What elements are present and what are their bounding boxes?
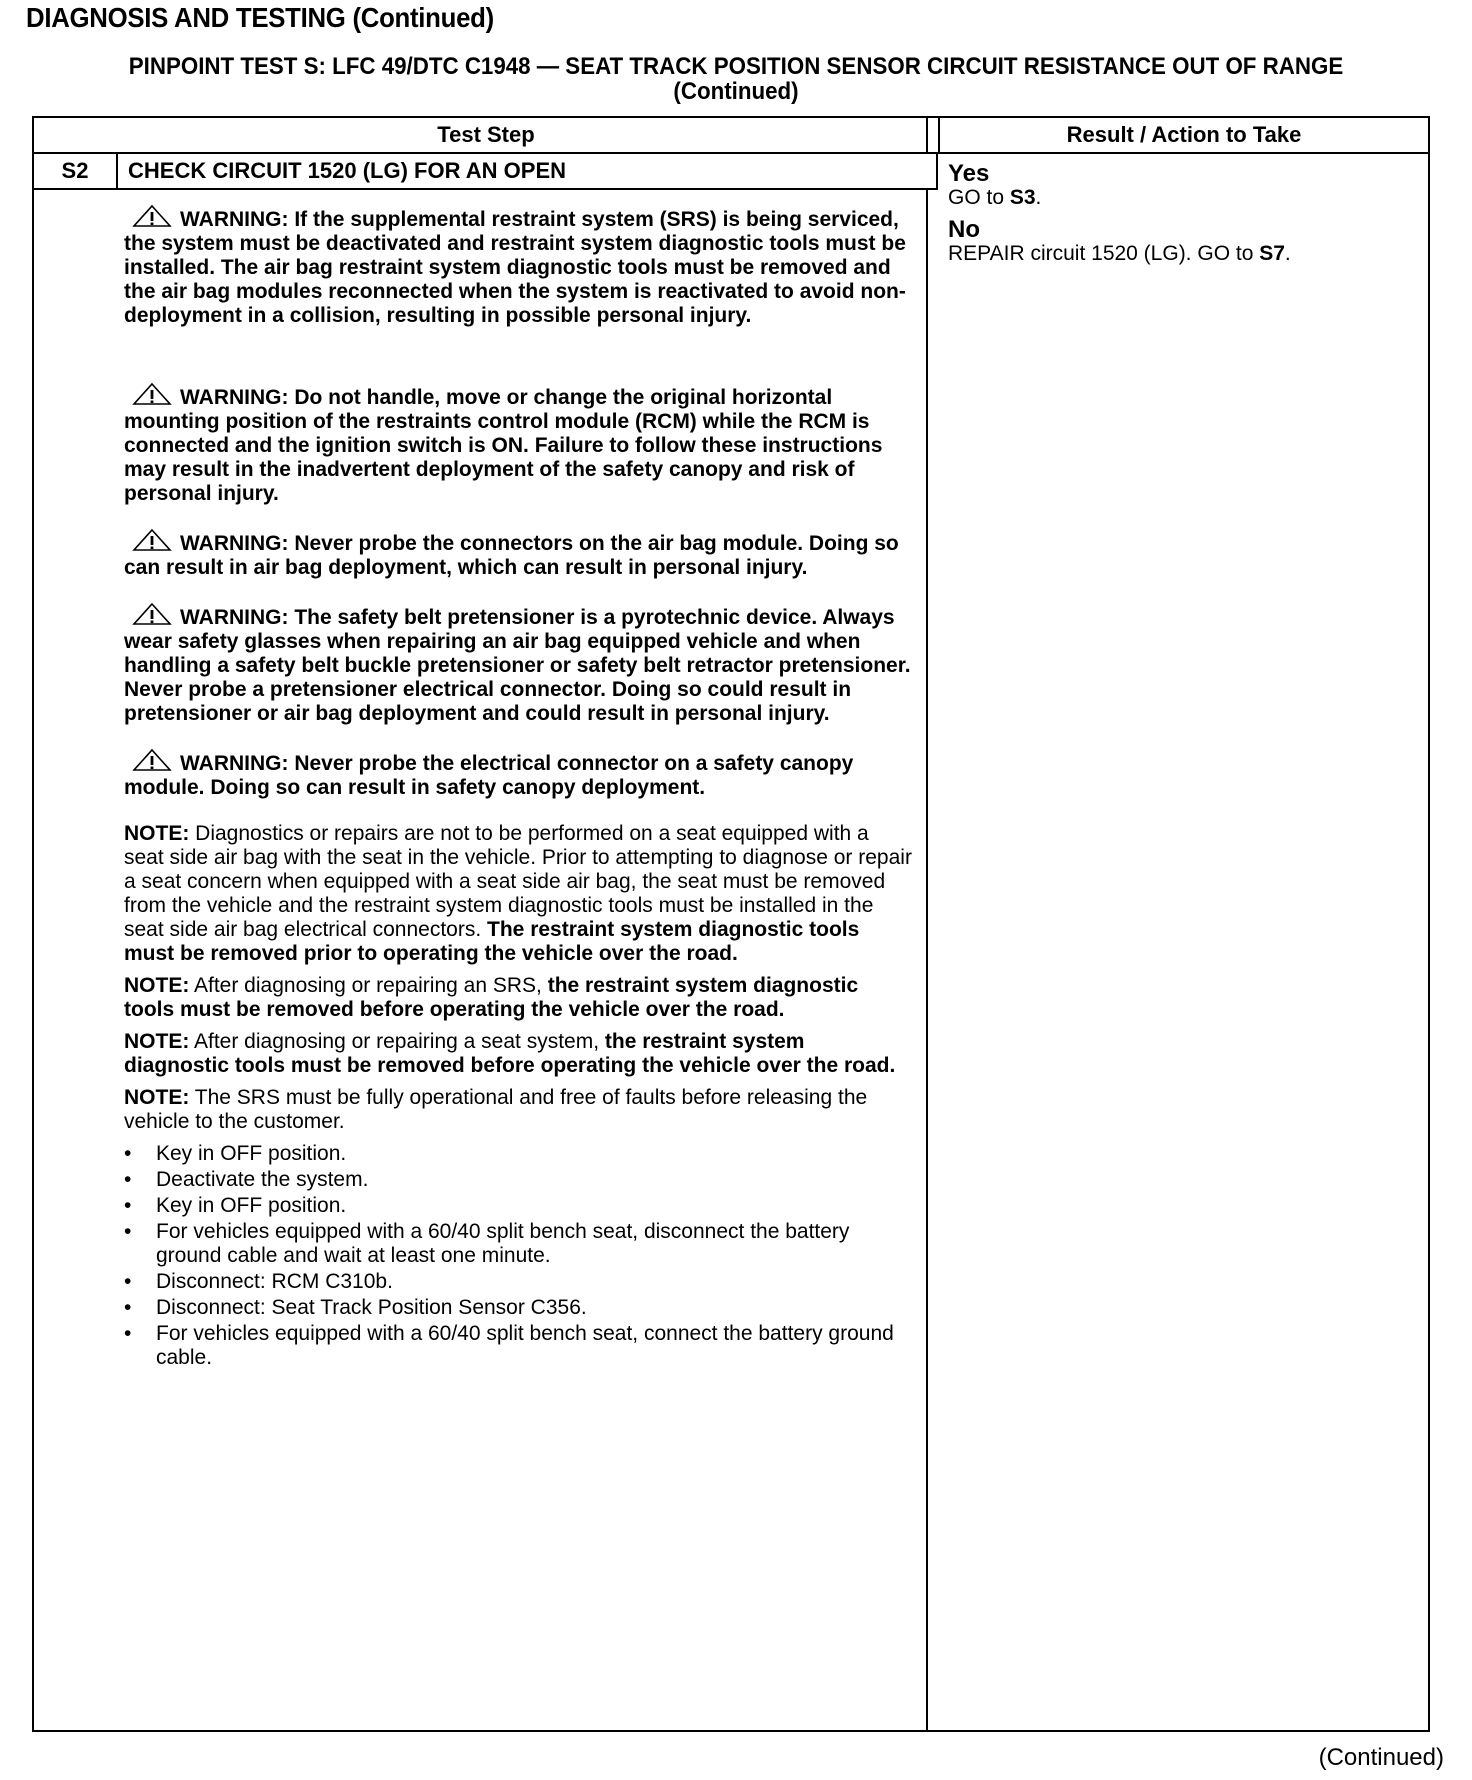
note-text: The SRS must be fully operational and fr… — [124, 1086, 867, 1133]
step-body: WARNING: If the supplemental restraint s… — [124, 204, 914, 1372]
warning-paragraph: WARNING: Never probe the electrical conn… — [124, 748, 914, 800]
note-text: After diagnosing or repairing an SRS, — [189, 974, 547, 997]
action-item: Disconnect: Seat Track Position Sensor C… — [124, 1296, 914, 1320]
note-paragraph: NOTE: After diagnosing or repairing an S… — [124, 974, 914, 1022]
warning-triangle-icon — [132, 602, 172, 626]
warning-triangle-icon — [132, 382, 172, 406]
action-item: Key in OFF position. — [124, 1194, 914, 1218]
note-label: NOTE: — [124, 974, 189, 997]
page-title: DIAGNOSIS AND TESTING (Continued) — [26, 2, 494, 34]
action-item: For vehicles equipped with a 60/40 split… — [124, 1220, 914, 1268]
result-label: Yes — [948, 162, 1408, 186]
result-no: NoREPAIR circuit 1520 (LG). GO to S7. — [948, 218, 1408, 266]
note-label: NOTE: — [124, 822, 189, 845]
step-title: CHECK CIRCUIT 1520 (LG) FOR AN OPEN — [128, 154, 566, 188]
warning-text: WARNING: If the supplemental restraint s… — [124, 208, 906, 327]
warning-triangle-icon — [132, 528, 172, 552]
note-paragraph: NOTE: After diagnosing or repairing a se… — [124, 1030, 914, 1078]
note-label: NOTE: — [124, 1086, 189, 1109]
warning-paragraph: WARNING: If the supplemental restraint s… — [124, 204, 914, 328]
warning-text: WARNING: The safety belt pretensioner is… — [124, 606, 911, 725]
action-item: Key in OFF position. — [124, 1142, 914, 1166]
step-id: S2 — [34, 154, 118, 188]
step-row: S2 CHECK CIRCUIT 1520 (LG) FOR AN OPEN — [34, 154, 938, 190]
note-label: NOTE: — [124, 1030, 189, 1053]
continued-footer: (Continued) — [1319, 1744, 1444, 1772]
header-result: Result / Action to Take — [938, 118, 1428, 154]
action-item: Disconnect: RCM C310b. — [124, 1270, 914, 1294]
warning-paragraph: WARNING: Do not handle, move or change t… — [124, 382, 914, 506]
warning-text: WARNING: Never probe the connectors on t… — [124, 532, 899, 579]
header-test-step: Test Step — [34, 118, 938, 154]
result-yes: YesGO to S3. — [948, 162, 1408, 210]
note-text: After diagnosing or repairing a seat sys… — [189, 1030, 605, 1053]
warning-text: WARNING: Never probe the electrical conn… — [124, 752, 853, 799]
warning-paragraph: WARNING: Never probe the connectors on t… — [124, 528, 914, 580]
result-label: No — [948, 218, 1408, 242]
action-item: For vehicles equipped with a 60/40 split… — [124, 1322, 914, 1370]
result-action: GO to S3. — [948, 186, 1408, 210]
note-paragraph: NOTE: The SRS must be fully operational … — [124, 1086, 914, 1134]
result-action: REPAIR circuit 1520 (LG). GO to S7. — [948, 242, 1408, 266]
warning-triangle-icon — [132, 204, 172, 228]
test-table: Test Step Result / Action to Take S2 CHE… — [32, 116, 1430, 1732]
warning-text: WARNING: Do not handle, move or change t… — [124, 386, 882, 505]
pinpoint-test-title: PINPOINT TEST S: LFC 49/DTC C1948 — SEAT… — [76, 54, 1397, 104]
result-column: YesGO to S3.NoREPAIR circuit 1520 (LG). … — [948, 162, 1408, 274]
warning-paragraph: WARNING: The safety belt pretensioner is… — [124, 602, 914, 726]
action-item: Deactivate the system. — [124, 1168, 914, 1192]
note-paragraph: NOTE: Diagnostics or repairs are not to … — [124, 822, 914, 966]
warning-triangle-icon — [132, 748, 172, 772]
step-action-list: Key in OFF position.Deactivate the syste… — [124, 1142, 914, 1370]
step-link[interactable]: S7 — [1259, 242, 1285, 265]
step-link[interactable]: S3 — [1010, 186, 1036, 209]
